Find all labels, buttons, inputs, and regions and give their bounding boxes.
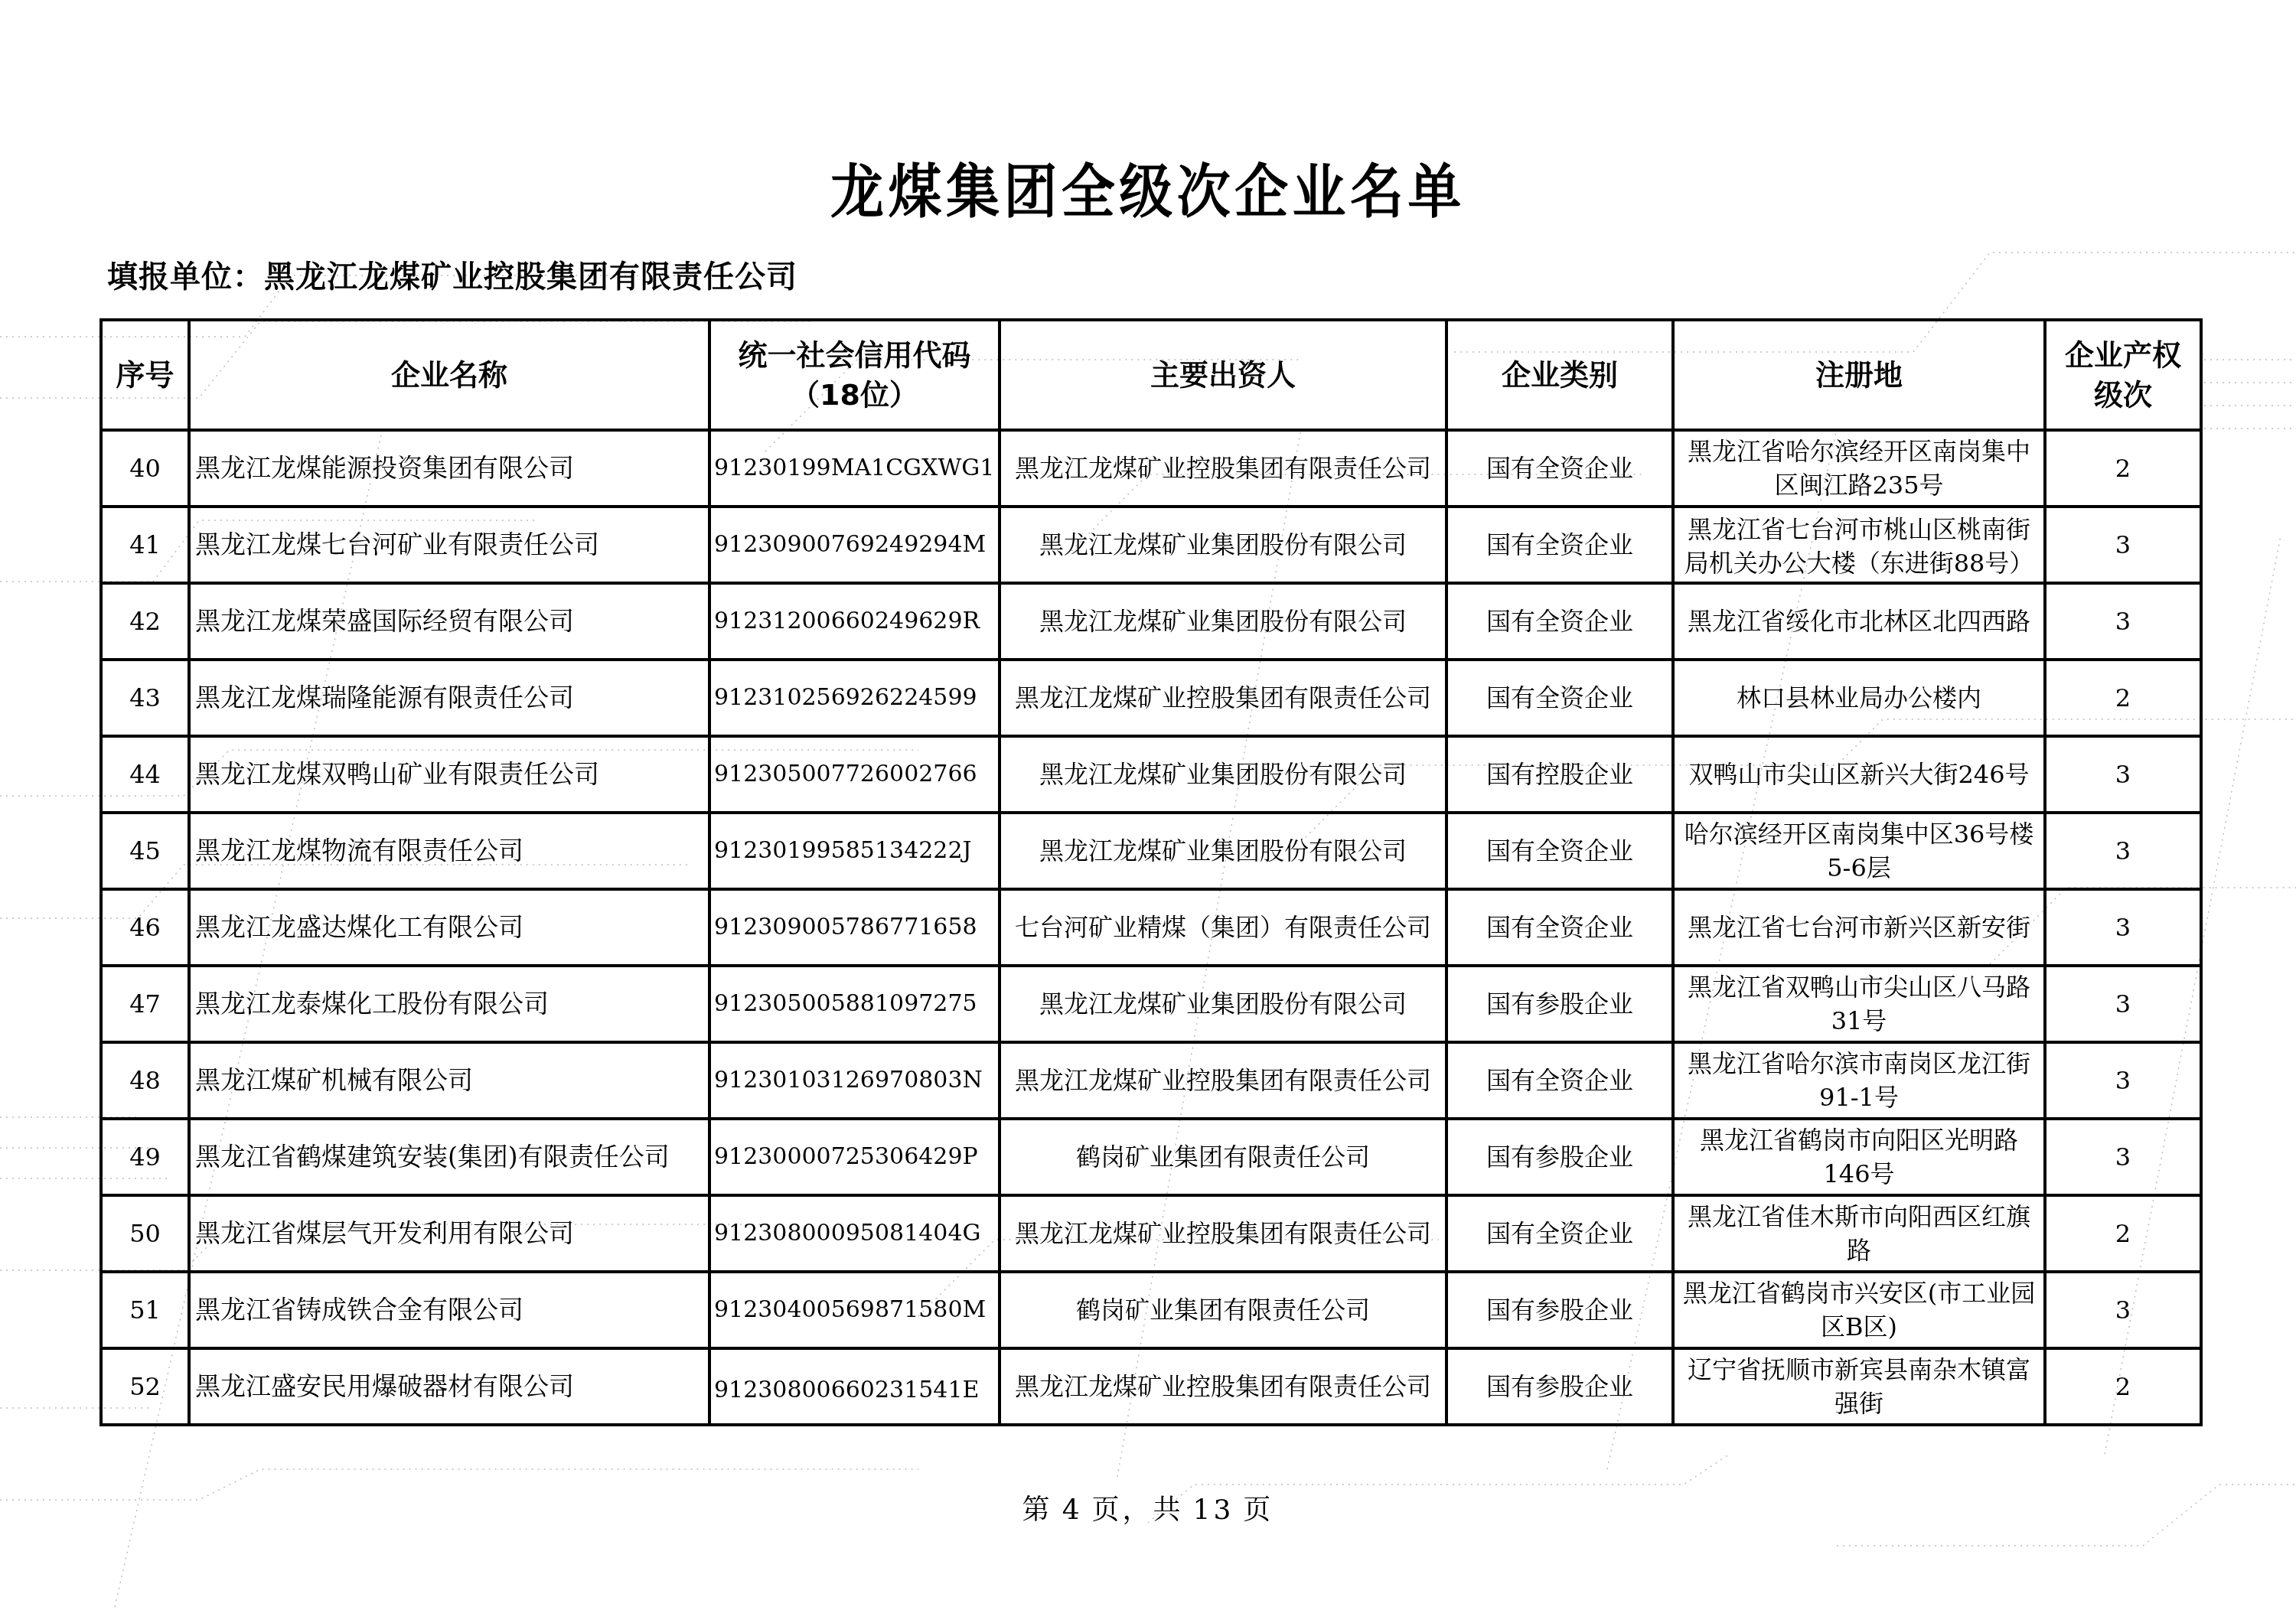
- cell-name-text: 黑龙江煤矿机械有限公司: [195, 1064, 703, 1097]
- cell-name: 黑龙江盛安民用爆破器材有限公司: [189, 1348, 709, 1425]
- cell-address-text: 黑龙江省绥化市北林区北四西路: [1679, 605, 2039, 638]
- cell-investor-text: 黑龙江龙煤矿业控股集团有限责任公司: [1006, 451, 1440, 485]
- cell-code: 91230199585134222J: [709, 813, 1000, 889]
- cell-level: 3: [2045, 966, 2201, 1042]
- cell-name-text: 黑龙江龙煤双鸭山矿业有限责任公司: [195, 758, 703, 791]
- cell-type-text: 国有参股企业: [1453, 1293, 1667, 1327]
- cell-level-text: 3: [2051, 1293, 2195, 1327]
- cell-address: 黑龙江省七台河市新兴区新安街: [1673, 889, 2045, 966]
- cell-address-text: 黑龙江省鹤岗市兴安区(市工业园区B区): [1679, 1276, 2039, 1344]
- cell-level: 2: [2045, 660, 2201, 736]
- cell-code: 912305005881097275: [709, 966, 1000, 1042]
- cell-level-text: 3: [2051, 911, 2195, 944]
- cell-address-text: 哈尔滨经开区南岗集中区36号楼5-6层: [1679, 817, 2039, 885]
- cell-no: 41: [101, 507, 189, 583]
- cell-name-text: 黑龙江龙盛达煤化工有限公司: [195, 911, 703, 944]
- cell-investor: 鹤岗矿业集团有限责任公司: [1000, 1272, 1446, 1348]
- cell-no-text: 46: [107, 911, 183, 944]
- cell-address-text: 黑龙江省七台河市新兴区新安街: [1679, 911, 2039, 944]
- cell-name-text: 黑龙江省鹤煤建筑安装(集团)有限责任公司: [195, 1140, 703, 1174]
- cell-level-text: 3: [2051, 758, 2195, 791]
- cell-investor-text: 黑龙江龙煤矿业集团股份有限公司: [1006, 605, 1440, 638]
- cell-code-text: 912305007726002766: [714, 758, 995, 791]
- cell-no-text: 50: [107, 1217, 183, 1250]
- cell-code-text: 91230103126970803N: [714, 1064, 995, 1097]
- cell-investor-text: 黑龙江龙煤矿业集团股份有限公司: [1006, 528, 1440, 562]
- cell-code-text: 91230800095081404G: [714, 1217, 995, 1250]
- cell-type-text: 国有全资企业: [1453, 605, 1667, 638]
- cell-investor: 黑龙江龙煤矿业集团股份有限公司: [1000, 966, 1446, 1042]
- cell-code-text: 91230199MA1CGXWG18: [714, 451, 995, 485]
- cell-no-text: 48: [107, 1064, 183, 1097]
- cell-name-text: 黑龙江盛安民用爆破器材有限公司: [195, 1370, 703, 1403]
- cell-no-text: 49: [107, 1140, 183, 1174]
- header-level: 企业产权级次: [2045, 320, 2201, 430]
- cell-no: 49: [101, 1119, 189, 1195]
- cell-address: 哈尔滨经开区南岗集中区36号楼5-6层: [1673, 813, 2045, 889]
- cell-type-text: 国有全资企业: [1453, 1064, 1667, 1097]
- cell-no: 42: [101, 583, 189, 660]
- cell-type-text: 国有全资企业: [1453, 1217, 1667, 1250]
- cell-type: 国有控股企业: [1446, 736, 1673, 813]
- cell-code: 91230800095081404G: [709, 1195, 1000, 1272]
- cell-code-text: 912305005881097275: [714, 987, 995, 1021]
- page-suffix: 页: [1243, 1494, 1274, 1526]
- cell-code: 912310256926224599: [709, 660, 1000, 736]
- header-code: 统一社会信用代码（18位）: [709, 320, 1000, 430]
- cell-name: 黑龙江龙煤瑞隆能源有限责任公司: [189, 660, 709, 736]
- cell-investor-text: 黑龙江龙煤矿业集团股份有限公司: [1006, 758, 1440, 791]
- cell-type-text: 国有全资企业: [1453, 911, 1667, 944]
- filler-unit: 填报单位：黑龙江龙煤矿业控股集团有限责任公司: [107, 253, 797, 296]
- cell-type: 国有全资企业: [1446, 1195, 1673, 1272]
- cell-investor: 黑龙江龙煤矿业控股集团有限责任公司: [1000, 430, 1446, 507]
- cell-address-text: 黑龙江省七台河市桃山区桃南街局机关办公大楼（东进街88号）: [1679, 510, 2039, 580]
- header-investor: 主要出资人: [1000, 320, 1446, 430]
- table-row: 49黑龙江省鹤煤建筑安装(集团)有限责任公司91230000725306429P…: [101, 1119, 2201, 1195]
- cell-type: 国有全资企业: [1446, 583, 1673, 660]
- cell-code: 91230103126970803N: [709, 1042, 1000, 1119]
- cell-investor-text: 黑龙江龙煤矿业控股集团有限责任公司: [1006, 681, 1440, 715]
- header-no: 序号: [101, 320, 189, 430]
- cell-no-text: 43: [107, 681, 183, 715]
- table-row: 45黑龙江龙煤物流有限责任公司91230199585134222J黑龙江龙煤矿业…: [101, 813, 2201, 889]
- cell-type: 国有参股企业: [1446, 966, 1673, 1042]
- cell-type: 国有参股企业: [1446, 1348, 1673, 1425]
- table-row: 47黑龙江龙泰煤化工股份有限公司912305005881097275黑龙江龙煤矿…: [101, 966, 2201, 1042]
- cell-type: 国有参股企业: [1446, 1119, 1673, 1195]
- cell-address: 黑龙江省哈尔滨市南岗区龙江街91-1号: [1673, 1042, 2045, 1119]
- page-footer: 第4页，共13页: [0, 1488, 2296, 1527]
- cell-type-text: 国有全资企业: [1453, 528, 1667, 562]
- cell-code: 91230000725306429P: [709, 1119, 1000, 1195]
- cell-name: 黑龙江省鹤煤建筑安装(集团)有限责任公司: [189, 1119, 709, 1195]
- cell-address-text: 黑龙江省双鸭山市尖山区八马路31号: [1679, 970, 2039, 1038]
- cell-type: 国有全资企业: [1446, 813, 1673, 889]
- cell-investor: 黑龙江龙煤矿业集团股份有限公司: [1000, 507, 1446, 583]
- cell-type: 国有全资企业: [1446, 507, 1673, 583]
- cell-name: 黑龙江煤矿机械有限公司: [189, 1042, 709, 1119]
- cell-code: 91230400569871580M: [709, 1272, 1000, 1348]
- cell-code: 91230800660231541E: [709, 1348, 1000, 1425]
- cell-investor: 黑龙江龙煤矿业集团股份有限公司: [1000, 736, 1446, 813]
- cell-name: 黑龙江龙煤七台河矿业有限责任公司: [189, 507, 709, 583]
- cell-type: 国有参股企业: [1446, 1272, 1673, 1348]
- cell-investor-text: 黑龙江龙煤矿业集团股份有限公司: [1006, 987, 1440, 1021]
- cell-no: 50: [101, 1195, 189, 1272]
- table-row: 48黑龙江煤矿机械有限公司91230103126970803N黑龙江龙煤矿业控股…: [101, 1042, 2201, 1119]
- current-page: 4: [1062, 1494, 1083, 1526]
- cell-investor-text: 鹤岗矿业集团有限责任公司: [1006, 1140, 1440, 1174]
- cell-name: 黑龙江龙盛达煤化工有限公司: [189, 889, 709, 966]
- cell-address-text: 黑龙江省佳木斯市向阳西区红旗路: [1679, 1200, 2039, 1267]
- cell-no: 52: [101, 1348, 189, 1425]
- cell-investor-text: 黑龙江龙煤矿业控股集团有限责任公司: [1006, 1064, 1440, 1097]
- cell-address: 黑龙江省绥化市北林区北四西路: [1673, 583, 2045, 660]
- cell-address-text: 辽宁省抚顺市新宾县南杂木镇富强街: [1679, 1353, 2039, 1420]
- table-row: 51黑龙江省铸成铁合金有限公司91230400569871580M鹤岗矿业集团有…: [101, 1272, 2201, 1348]
- cell-address-text: 黑龙江省哈尔滨经开区南岗集中区闽江路235号: [1679, 435, 2039, 502]
- cell-investor-text: 七台河矿业精煤（集团）有限责任公司: [1006, 911, 1440, 944]
- cell-type-text: 国有参股企业: [1453, 1140, 1667, 1174]
- cell-no-text: 47: [107, 987, 183, 1021]
- cell-code-text: 91230000725306429P: [714, 1140, 995, 1174]
- cell-level-text: 2: [2051, 1370, 2195, 1403]
- cell-no-text: 42: [107, 605, 183, 638]
- cell-name-text: 黑龙江龙煤能源投资集团有限公司: [195, 451, 703, 485]
- cell-code: 91230199MA1CGXWG18: [709, 430, 1000, 507]
- table-row: 52黑龙江盛安民用爆破器材有限公司91230800660231541E黑龙江龙煤…: [101, 1348, 2201, 1425]
- cell-address-text: 黑龙江省哈尔滨市南岗区龙江街91-1号: [1679, 1047, 2039, 1114]
- cell-no: 46: [101, 889, 189, 966]
- cell-level: 2: [2045, 1195, 2201, 1272]
- page-mid: 页，共: [1092, 1494, 1184, 1526]
- cell-investor: 黑龙江龙煤矿业控股集团有限责任公司: [1000, 1042, 1446, 1119]
- cell-level-text: 3: [2051, 528, 2195, 562]
- cell-type-text: 国有参股企业: [1453, 987, 1667, 1021]
- cell-code: 91230900769249294M: [709, 507, 1000, 583]
- cell-type: 国有全资企业: [1446, 1042, 1673, 1119]
- table-row: 42黑龙江龙煤荣盛国际经贸有限公司91231200660249629R黑龙江龙煤…: [101, 583, 2201, 660]
- cell-level: 3: [2045, 889, 2201, 966]
- total-pages: 13: [1193, 1494, 1234, 1526]
- table-row: 50黑龙江省煤层气开发利用有限公司91230800095081404G黑龙江龙煤…: [101, 1195, 2201, 1272]
- cell-name: 黑龙江龙泰煤化工股份有限公司: [189, 966, 709, 1042]
- cell-no-text: 52: [107, 1370, 183, 1403]
- cell-type-text: 国有全资企业: [1453, 834, 1667, 868]
- cell-type-text: 国有全资企业: [1453, 451, 1667, 485]
- cell-address-text: 林口县林业局办公楼内: [1679, 681, 2039, 715]
- cell-investor-text: 黑龙江龙煤矿业控股集团有限责任公司: [1006, 1370, 1440, 1403]
- cell-investor: 鹤岗矿业集团有限责任公司: [1000, 1119, 1446, 1195]
- cell-code-text: 91231200660249629R: [714, 605, 995, 638]
- cell-level: 3: [2045, 583, 2201, 660]
- cell-no: 51: [101, 1272, 189, 1348]
- cell-level-text: 2: [2051, 451, 2195, 485]
- cell-no: 44: [101, 736, 189, 813]
- cell-level: 2: [2045, 1348, 2201, 1425]
- cell-name-text: 黑龙江龙煤荣盛国际经贸有限公司: [195, 605, 703, 638]
- page-prefix: 第: [1022, 1494, 1053, 1526]
- cell-level-text: 3: [2051, 834, 2195, 868]
- cell-level: 3: [2045, 813, 2201, 889]
- cell-address-text: 双鸭山市尖山区新兴大街246号: [1679, 758, 2039, 791]
- cell-name: 黑龙江龙煤荣盛国际经贸有限公司: [189, 583, 709, 660]
- cell-address: 黑龙江省佳木斯市向阳西区红旗路: [1673, 1195, 2045, 1272]
- filler-value: 黑龙江龙煤矿业控股集团有限责任公司: [264, 259, 797, 295]
- cell-level-text: 3: [2051, 1140, 2195, 1174]
- cell-no: 48: [101, 1042, 189, 1119]
- cell-name-text: 黑龙江龙泰煤化工股份有限公司: [195, 987, 703, 1021]
- cell-name-text: 黑龙江龙煤物流有限责任公司: [195, 834, 703, 868]
- cell-code-text: 91230400569871580M: [714, 1293, 995, 1327]
- cell-address: 黑龙江省七台河市桃山区桃南街局机关办公大楼（东进街88号）: [1673, 507, 2045, 583]
- cell-level: 3: [2045, 507, 2201, 583]
- cell-type-text: 国有控股企业: [1453, 758, 1667, 791]
- cell-investor-text: 黑龙江龙煤矿业控股集团有限责任公司: [1006, 1217, 1440, 1250]
- cell-name: 黑龙江龙煤双鸭山矿业有限责任公司: [189, 736, 709, 813]
- cell-no-text: 44: [107, 758, 183, 791]
- cell-code-text: 91230800660231541E: [714, 1366, 995, 1407]
- cell-level: 3: [2045, 1042, 2201, 1119]
- cell-type: 国有全资企业: [1446, 430, 1673, 507]
- cell-level-text: 2: [2051, 681, 2195, 715]
- cell-name-text: 黑龙江龙煤瑞隆能源有限责任公司: [195, 681, 703, 715]
- cell-address: 辽宁省抚顺市新宾县南杂木镇富强街: [1673, 1348, 2045, 1425]
- cell-address: 黑龙江省双鸭山市尖山区八马路31号: [1673, 966, 2045, 1042]
- table-row: 44黑龙江龙煤双鸭山矿业有限责任公司912305007726002766黑龙江龙…: [101, 736, 2201, 813]
- cell-name: 黑龙江龙煤能源投资集团有限公司: [189, 430, 709, 507]
- table-header-row: 序号 企业名称 统一社会信用代码（18位） 主要出资人 企业类别 注册地 企业产…: [101, 320, 2201, 430]
- cell-level-text: 3: [2051, 987, 2195, 1021]
- enterprise-table: 序号 企业名称 统一社会信用代码（18位） 主要出资人 企业类别 注册地 企业产…: [99, 318, 2203, 1426]
- cell-code-text: 912310256926224599: [714, 681, 995, 715]
- cell-code-text: 912309005786771658: [714, 911, 995, 944]
- cell-no-text: 40: [107, 451, 183, 485]
- cell-name: 黑龙江龙煤物流有限责任公司: [189, 813, 709, 889]
- cell-name-text: 黑龙江省铸成铁合金有限公司: [195, 1293, 703, 1327]
- table-row: 41黑龙江龙煤七台河矿业有限责任公司91230900769249294M黑龙江龙…: [101, 507, 2201, 583]
- header-type: 企业类别: [1446, 320, 1673, 430]
- cell-type: 国有全资企业: [1446, 889, 1673, 966]
- cell-name-text: 黑龙江省煤层气开发利用有限公司: [195, 1217, 703, 1250]
- cell-investor: 七台河矿业精煤（集团）有限责任公司: [1000, 889, 1446, 966]
- cell-no-text: 51: [107, 1293, 183, 1327]
- cell-investor: 黑龙江龙煤矿业集团股份有限公司: [1000, 583, 1446, 660]
- cell-name-text: 黑龙江龙煤七台河矿业有限责任公司: [195, 528, 703, 562]
- cell-no: 45: [101, 813, 189, 889]
- filler-label: 填报单位：: [107, 259, 264, 295]
- cell-address-text: 黑龙江省鹤岗市向阳区光明路146号: [1679, 1123, 2039, 1191]
- table-row: 40黑龙江龙煤能源投资集团有限公司91230199MA1CGXWG18黑龙江龙煤…: [101, 430, 2201, 507]
- header-address: 注册地: [1673, 320, 2045, 430]
- cell-level: 3: [2045, 1272, 2201, 1348]
- table-row: 46黑龙江龙盛达煤化工有限公司912309005786771658七台河矿业精煤…: [101, 889, 2201, 966]
- cell-investor: 黑龙江龙煤矿业控股集团有限责任公司: [1000, 1195, 1446, 1272]
- cell-no-text: 45: [107, 834, 183, 868]
- cell-level: 3: [2045, 1119, 2201, 1195]
- cell-address: 黑龙江省鹤岗市向阳区光明路146号: [1673, 1119, 2045, 1195]
- cell-type: 国有全资企业: [1446, 660, 1673, 736]
- cell-no-text: 41: [107, 528, 183, 562]
- cell-level-text: 2: [2051, 1217, 2195, 1250]
- cell-code-text: 91230199585134222J: [714, 834, 995, 868]
- cell-address: 双鸭山市尖山区新兴大街246号: [1673, 736, 2045, 813]
- cell-level: 2: [2045, 430, 2201, 507]
- header-name: 企业名称: [189, 320, 709, 430]
- cell-investor-text: 鹤岗矿业集团有限责任公司: [1006, 1293, 1440, 1327]
- cell-address: 黑龙江省鹤岗市兴安区(市工业园区B区): [1673, 1272, 2045, 1348]
- page-title: 龙煤集团全级次企业名单: [92, 145, 2204, 229]
- cell-level: 3: [2045, 736, 2201, 813]
- cell-type-text: 国有全资企业: [1453, 681, 1667, 715]
- cell-no: 47: [101, 966, 189, 1042]
- table-row: 43黑龙江龙煤瑞隆能源有限责任公司912310256926224599黑龙江龙煤…: [101, 660, 2201, 736]
- cell-investor-text: 黑龙江龙煤矿业集团股份有限公司: [1006, 834, 1440, 868]
- cell-name: 黑龙江省铸成铁合金有限公司: [189, 1272, 709, 1348]
- cell-code: 91231200660249629R: [709, 583, 1000, 660]
- cell-type-text: 国有参股企业: [1453, 1370, 1667, 1403]
- cell-level-text: 3: [2051, 605, 2195, 638]
- cell-investor: 黑龙江龙煤矿业控股集团有限责任公司: [1000, 660, 1446, 736]
- cell-address: 林口县林业局办公楼内: [1673, 660, 2045, 736]
- cell-code: 912309005786771658: [709, 889, 1000, 966]
- cell-code-text: 91230900769249294M: [714, 528, 995, 562]
- cell-name: 黑龙江省煤层气开发利用有限公司: [189, 1195, 709, 1272]
- cell-level-text: 3: [2051, 1064, 2195, 1097]
- cell-no: 43: [101, 660, 189, 736]
- cell-code: 912305007726002766: [709, 736, 1000, 813]
- cell-no: 40: [101, 430, 189, 507]
- cell-investor: 黑龙江龙煤矿业控股集团有限责任公司: [1000, 1348, 1446, 1425]
- cell-address: 黑龙江省哈尔滨经开区南岗集中区闽江路235号: [1673, 430, 2045, 507]
- cell-investor: 黑龙江龙煤矿业集团股份有限公司: [1000, 813, 1446, 889]
